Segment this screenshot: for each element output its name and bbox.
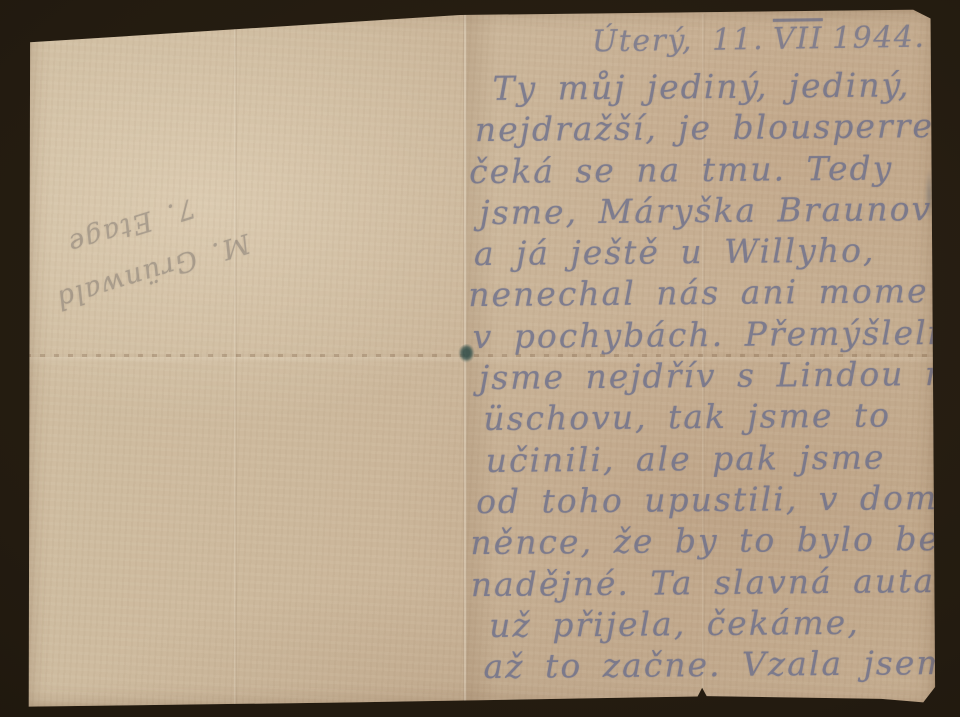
date-prefix: Úterý, 11.: [592, 22, 765, 59]
letter-line: jsme nejdřív s Lindou na: [469, 353, 960, 399]
letter-line: učinili, ale pak jsme: [470, 436, 960, 482]
letter-date: Úterý, 11.VII1944.: [592, 18, 935, 63]
letter-line: už přijela, čekáme,: [471, 601, 960, 647]
date-suffix: 1944.: [832, 20, 926, 56]
letter-line: a já ještě u Willyho,: [468, 229, 960, 275]
letter-body: Ty můj jediný, jediný, nejdražší, je blo…: [466, 64, 960, 688]
date-roman-month: VII: [773, 21, 823, 57]
letter-line: nadějné. Ta slavná auta: [471, 559, 960, 605]
photo-background: Úterý, 11.VII1944. Ty můj jediný, jediný…: [0, 0, 960, 717]
letter-line: Ty můj jediný, jediný,: [466, 64, 958, 110]
letter-line: až to začne. Vzala jsem: [471, 642, 960, 688]
letter-line: nejdražší, je blousperre,: [467, 105, 959, 151]
back-inscription-upside-down: M. Grünwald 7. Etage: [41, 170, 257, 323]
letter-line: v pochybách. Přemýšleli: [468, 312, 960, 358]
letter-line: od toho upustili, v dom: [470, 477, 960, 523]
letter-line: něnce, že by to bylo bez-: [470, 518, 960, 564]
letter-line: jsme, Máryška Braunová: [467, 188, 959, 234]
letter-line: čeká se na tmu. Tedy: [467, 146, 959, 192]
fold-crease-vertical-left: [234, 26, 237, 704]
letter-paper: Úterý, 11.VII1944. Ty můj jediný, jediný…: [26, 8, 936, 708]
letter-line: nenechal nás ani mome: [468, 270, 960, 316]
letter-line: üschovu, tak jsme to: [469, 394, 960, 440]
